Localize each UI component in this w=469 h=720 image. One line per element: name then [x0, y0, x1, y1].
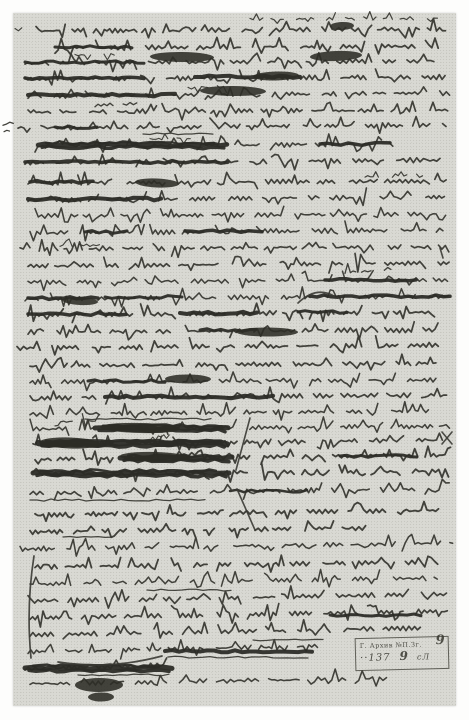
stamp-number-top: 9: [436, 637, 445, 645]
archive-stamp: Г. Архив №П.Зг. 9 ··137 9 сЛ: [355, 636, 450, 671]
handwriting-ink: [0, 0, 469, 720]
stamp-row-2: ··137 9 сЛ: [360, 649, 445, 665]
handwriting-lines: [17, 18, 453, 686]
stamp-number-9: 9: [399, 650, 408, 662]
stamp-archive-label: Г. Архив №П.Зг.: [360, 639, 422, 651]
stamp-number-137: ··137: [360, 652, 391, 665]
stamp-suffix: сЛ: [417, 651, 430, 663]
scanned-manuscript-photo: Г. Архив №П.Зг. 9 ··137 9 сЛ: [0, 0, 469, 720]
